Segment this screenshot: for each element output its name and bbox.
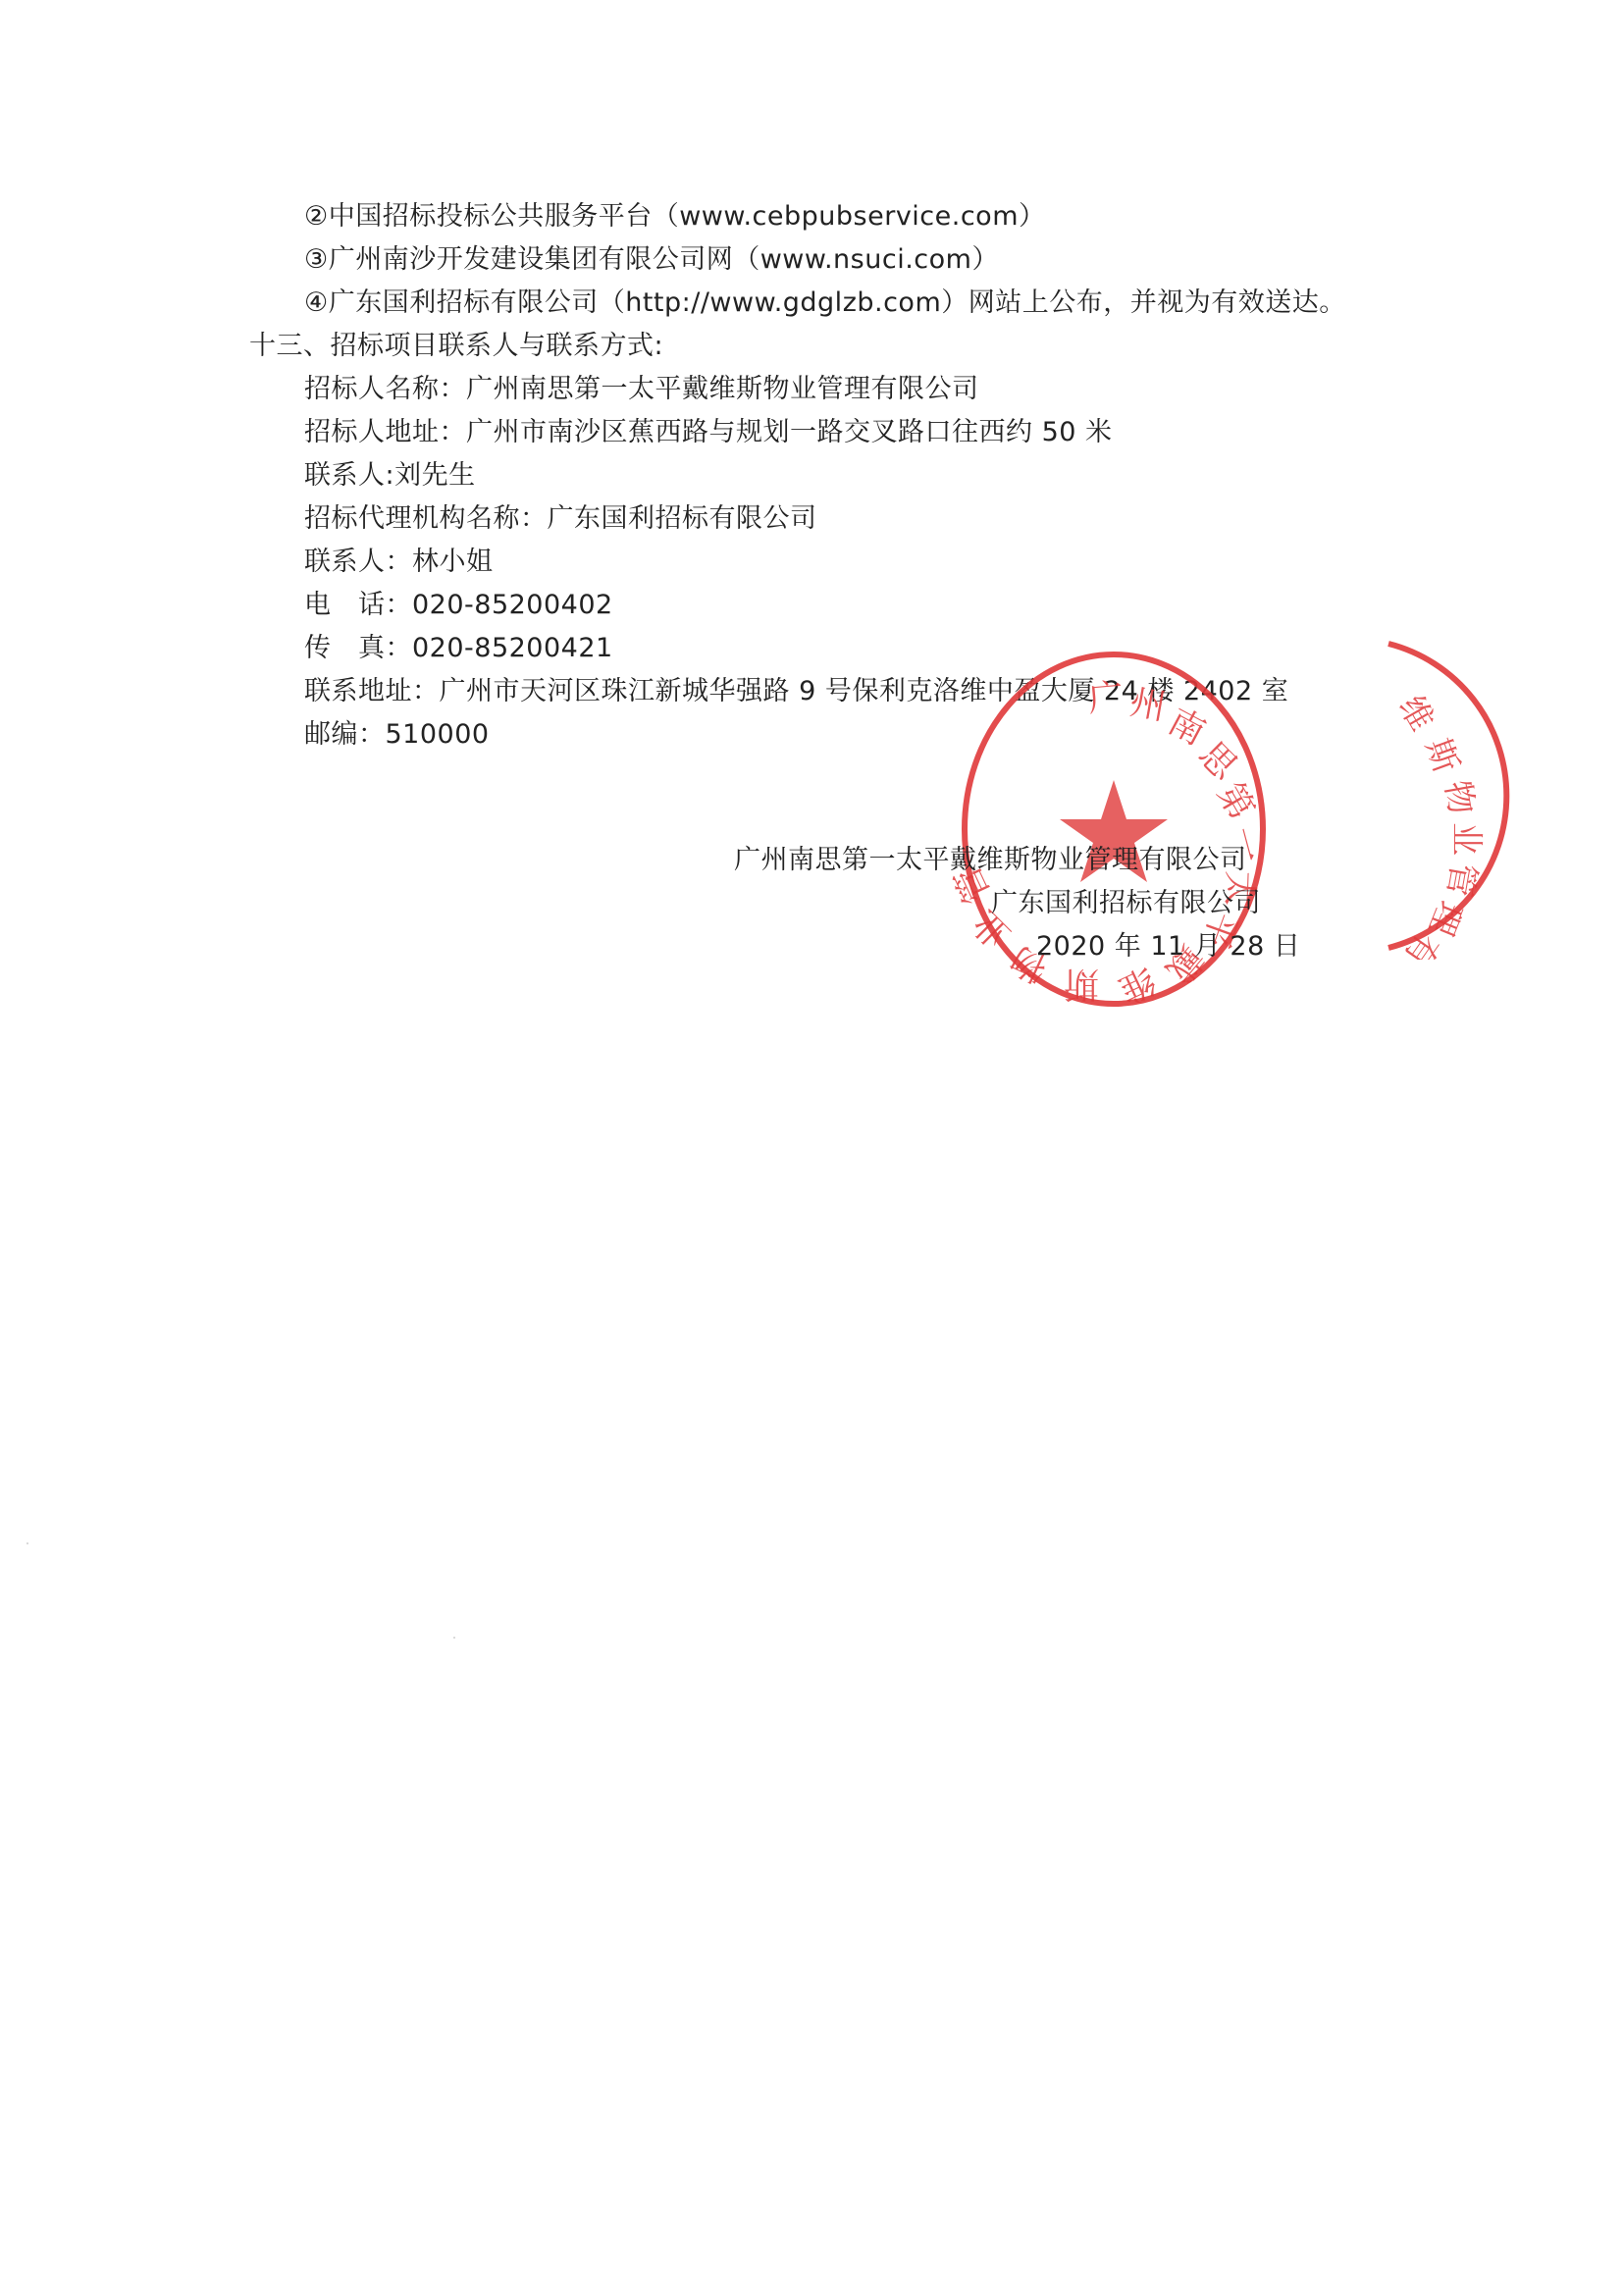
agency-address: 联系地址：广州市天河区珠江新城华强路 9 号保利克洛维中盈大厦 24 楼 240… [304, 675, 1288, 708]
partial-seal-stamp: 维 斯 物 业 管 理 有 [1369, 636, 1623, 960]
svg-text:理: 理 [1421, 896, 1470, 942]
tenderer-address: 招标人地址：广州市南沙区蕉西路与规划一路交叉路口往西约 50 米 [304, 416, 1113, 449]
publication-site-4: ④广东国利招标有限公司（http://www.gdglzb.com）网站上公布，… [304, 287, 1346, 320]
section-heading: 十三、招标项目联系人与联系方式: [249, 330, 663, 363]
svg-text:维: 维 [1113, 959, 1162, 1010]
scan-speck [26, 1542, 28, 1544]
svg-text:斯: 斯 [1418, 733, 1466, 778]
svg-text:维: 维 [1390, 690, 1441, 738]
scan-speck [453, 1637, 455, 1639]
tenderer-contact: 联系人:刘先生 [304, 459, 476, 493]
svg-text:管: 管 [1439, 860, 1483, 899]
signature-company-1: 广州南思第一太平戴维斯物业管理有限公司 [734, 844, 1247, 877]
agency-postcode: 邮编：510000 [304, 718, 490, 752]
svg-text:思: 思 [1191, 734, 1245, 788]
publication-site-3: ③广州南沙开发建设集团有限公司网（www.nsuci.com） [304, 243, 999, 277]
svg-text:南: 南 [1162, 702, 1212, 754]
signature-date: 2020 年 11 月 28 日 [1036, 930, 1300, 964]
svg-text:第: 第 [1209, 776, 1262, 827]
svg-text:斯: 斯 [1064, 964, 1099, 1004]
signature-company-2: 广东国利招标有限公司 [991, 887, 1261, 920]
svg-text:有: 有 [1395, 925, 1446, 960]
agency-phone: 电 话：020-85200402 [304, 589, 613, 622]
publication-site-2: ②中国招标投标公共服务平台（www.cebpubservice.com） [304, 200, 1046, 234]
svg-text:业: 业 [1446, 822, 1486, 856]
agency-fax: 传 真：020-85200421 [304, 632, 613, 665]
agency-name: 招标代理机构名称：广东国利招标有限公司 [304, 502, 817, 536]
svg-text:物: 物 [1437, 778, 1481, 817]
agency-contact: 联系人：林小姐 [304, 546, 494, 579]
tenderer-name: 招标人名称：广州南思第一太平戴维斯物业管理有限公司 [304, 373, 979, 406]
